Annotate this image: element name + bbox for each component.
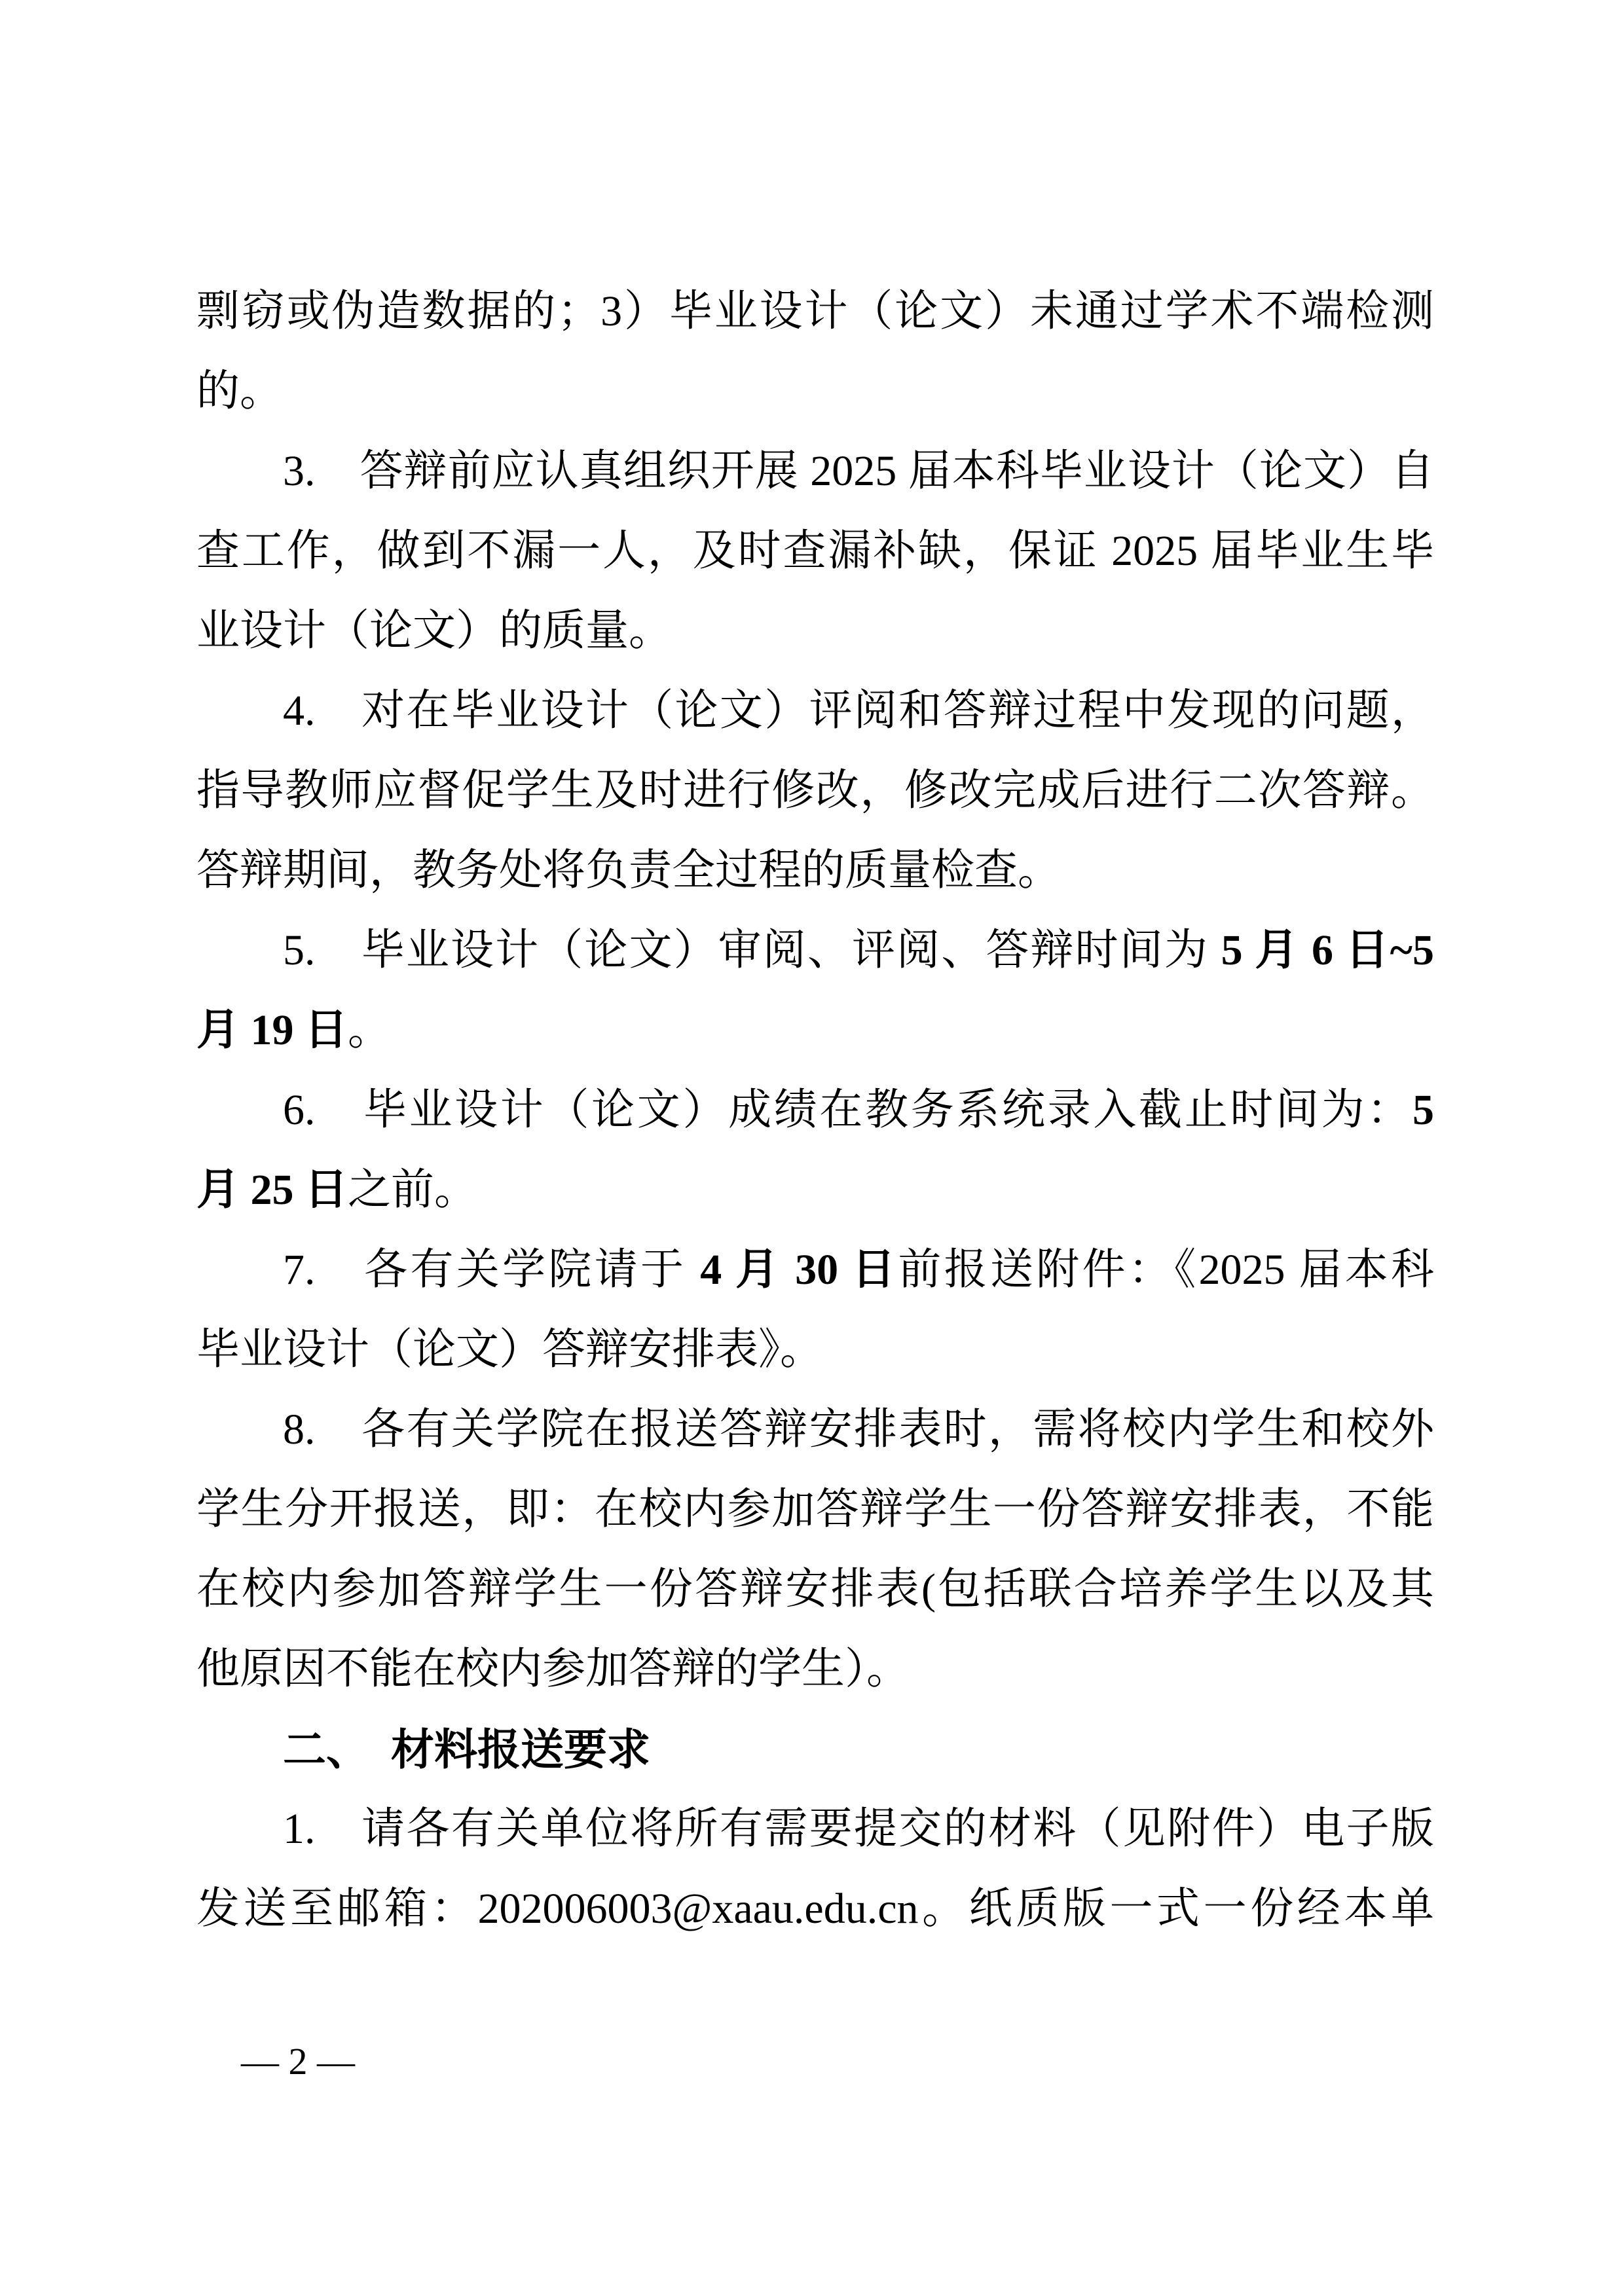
text-segment: 前报送附件：《2025 届本科 bbox=[898, 1246, 1434, 1294]
text-segment: 他原因不能在校内参加答辩的学生）。 bbox=[196, 1645, 910, 1693]
text-segment: 学生分开报送，即：在校内参加答辩学生一份答辩安排表，不能 bbox=[196, 1485, 1434, 1533]
text-segment: 业设计（论文）的质量。 bbox=[196, 607, 672, 655]
text-segment: 5 月 6 日~5 bbox=[1221, 926, 1434, 974]
text-segment: 6. 毕业设计（论文）成绩在教务系统录入截止时间为： bbox=[283, 1086, 1412, 1134]
text-line: 的。 bbox=[196, 352, 1434, 431]
text-line: 1. 请各有关单位将所有需要提交的材料（见附件）电子版 bbox=[196, 1789, 1434, 1869]
text-segment: 在校内参加答辩学生一份答辩安排表(包括联合培养学生以及其 bbox=[196, 1565, 1434, 1613]
text-segment: 。 bbox=[348, 1006, 391, 1054]
text-line: 他原因不能在校内参加答辩的学生）。 bbox=[196, 1630, 1434, 1709]
text-segment: 3. 答辩前应认真组织开展 2025 届本科毕业设计（论文）自 bbox=[283, 447, 1434, 495]
text-line: 7. 各有关学院请于 4 月 30 日前报送附件：《2025 届本科 bbox=[196, 1230, 1434, 1310]
text-segment: 5. 毕业设计（论文）审阅、评阅、答辩时间为 bbox=[283, 926, 1221, 974]
text-line: 月 19 日。 bbox=[196, 991, 1434, 1070]
text-segment: 月 19 日 bbox=[196, 1006, 348, 1054]
text-segment: 剽窃或伪造数据的；3）毕业设计（论文）未通过学术不端检测 bbox=[196, 287, 1434, 335]
text-line: 月 25 日之前。 bbox=[196, 1150, 1434, 1230]
text-segment: 4 月 30 日 bbox=[700, 1246, 898, 1294]
text-line: 查工作，做到不漏一人，及时查漏补缺，保证 2025 届毕业生毕 bbox=[196, 511, 1434, 591]
text-line: 3. 答辩前应认真组织开展 2025 届本科毕业设计（论文）自 bbox=[196, 431, 1434, 511]
text-line: 在校内参加答辩学生一份答辩安排表(包括联合培养学生以及其 bbox=[196, 1550, 1434, 1630]
text-line: 学生分开报送，即：在校内参加答辩学生一份答辩安排表，不能 bbox=[196, 1470, 1434, 1550]
text-segment: 答辩期间，教务处将负责全过程的质量检查。 bbox=[196, 847, 1061, 894]
text-segment: 4. 对在毕业设计（论文）评阅和答辩过程中发现的问题， bbox=[283, 687, 1434, 735]
text-line: 6. 毕业设计（论文）成绩在教务系统录入截止时间为：5 bbox=[196, 1070, 1434, 1150]
text-segment: 7. 各有关学院请于 bbox=[283, 1246, 700, 1294]
section-heading: 二、 材料报送要求 bbox=[196, 1709, 1434, 1789]
text-segment: 指导教师应督促学生及时进行修改，修改完成后进行二次答辩。 bbox=[196, 767, 1434, 814]
text-line: 8. 各有关学院在报送答辩安排表时，需将校内学生和校外 bbox=[196, 1390, 1434, 1470]
text-segment: 1. 请各有关单位将所有需要提交的材料（见附件）电子版 bbox=[283, 1805, 1434, 1853]
page-number: — 2 — bbox=[241, 2041, 355, 2082]
text-line: 发送至邮箱：202006003@xaau.edu.cn。纸质版一式一份经本单 bbox=[196, 1869, 1434, 1949]
text-line: 毕业设计（论文）答辩安排表》。 bbox=[196, 1310, 1434, 1390]
text-line: 业设计（论文）的质量。 bbox=[196, 591, 1434, 671]
text-line: 指导教师应督促学生及时进行修改，修改完成后进行二次答辩。 bbox=[196, 751, 1434, 831]
text-segment: 毕业设计（论文）答辩安排表》。 bbox=[196, 1326, 823, 1374]
text-segment: 二、 材料报送要求 bbox=[283, 1725, 650, 1774]
text-segment: 的。 bbox=[196, 367, 283, 415]
text-segment: 5 bbox=[1412, 1086, 1434, 1134]
text-segment: 月 25 日 bbox=[196, 1166, 348, 1214]
text-line: 答辩期间，教务处将负责全过程的质量检查。 bbox=[196, 831, 1434, 911]
text-segment: 发送至邮箱：202006003@xaau.edu.cn。纸质版一式一份经本单 bbox=[196, 1885, 1434, 1933]
text-segment: 8. 各有关学院在报送答辩安排表时，需将校内学生和校外 bbox=[283, 1406, 1434, 1453]
text-line: 4. 对在毕业设计（论文）评阅和答辩过程中发现的问题， bbox=[196, 671, 1434, 751]
document-body: 剽窃或伪造数据的；3）毕业设计（论文）未通过学术不端检测的。3. 答辩前应认真组… bbox=[196, 272, 1434, 1949]
text-segment: 之前。 bbox=[348, 1166, 477, 1214]
text-line: 5. 毕业设计（论文）审阅、评阅、答辩时间为 5 月 6 日~5 bbox=[196, 911, 1434, 991]
text-segment: 查工作，做到不漏一人，及时查漏补缺，保证 2025 届毕业生毕 bbox=[196, 527, 1434, 575]
text-line: 剽窃或伪造数据的；3）毕业设计（论文）未通过学术不端检测 bbox=[196, 272, 1434, 352]
